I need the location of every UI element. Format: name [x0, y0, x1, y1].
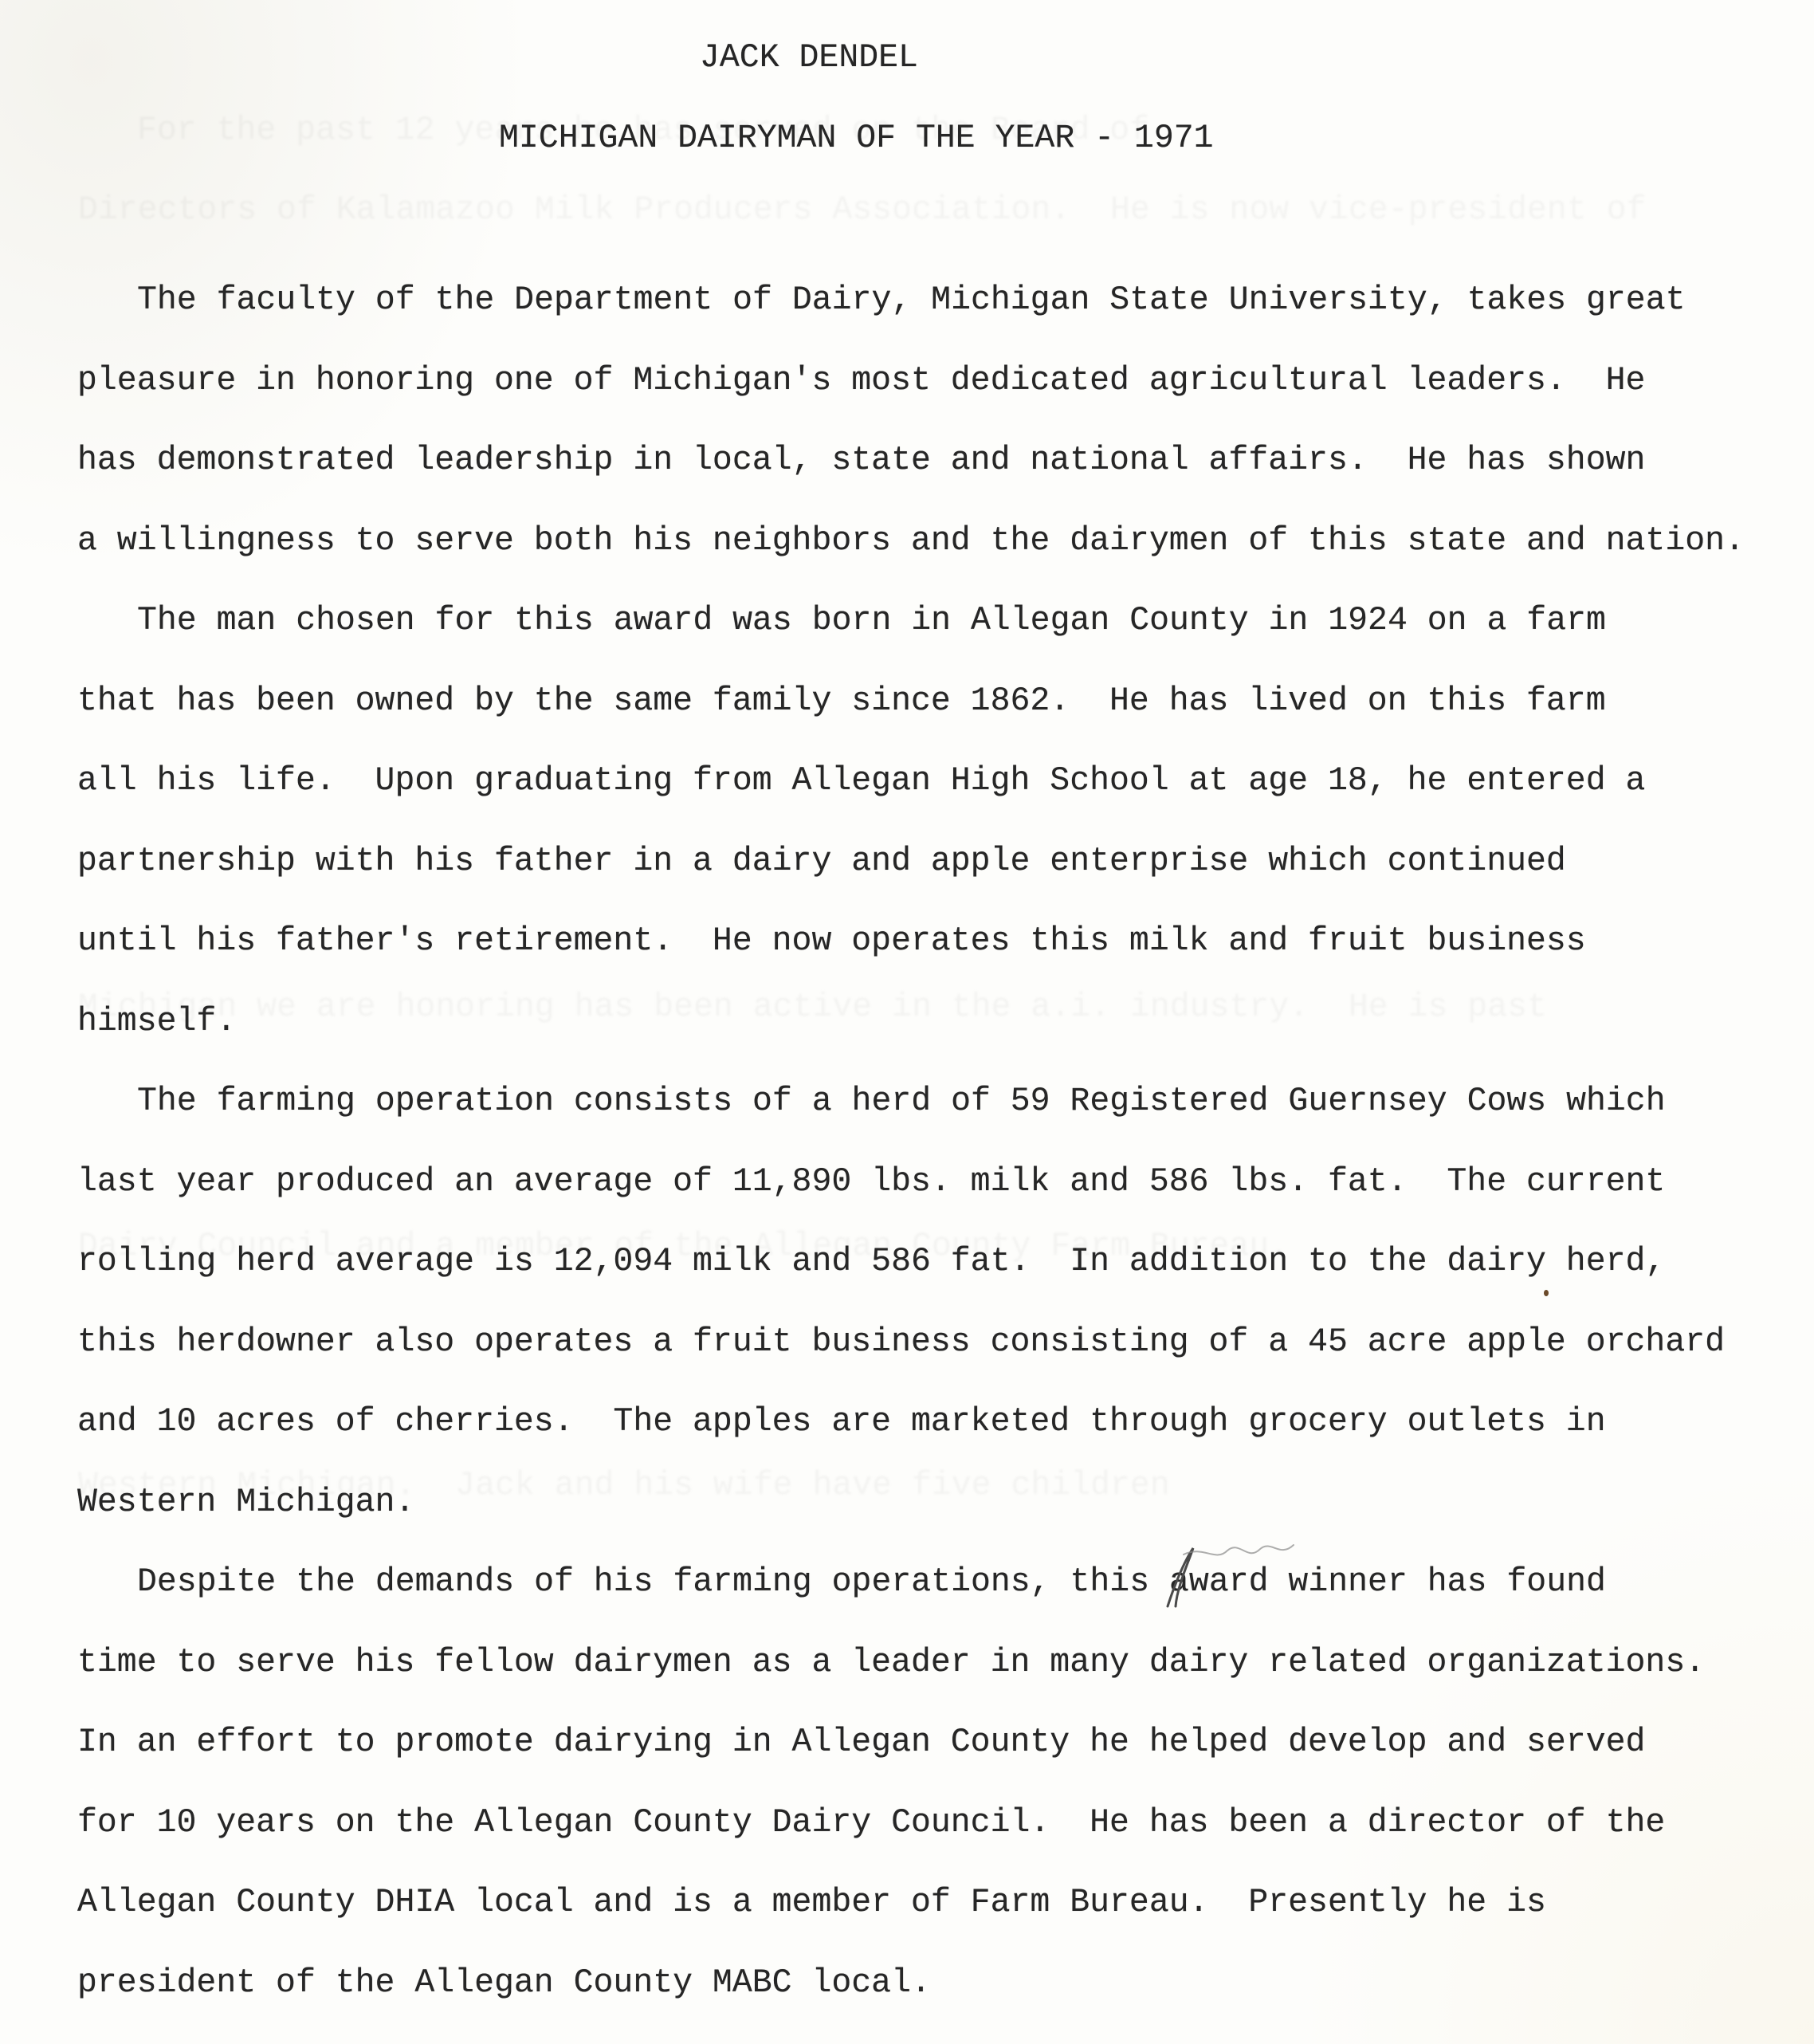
paper-speck: [1544, 1290, 1549, 1296]
paragraph-line: time to serve his fellow dairymen as a l…: [77, 1646, 1705, 1680]
paragraph-line: that has been owned by the same family s…: [77, 685, 1606, 718]
document-subtitle: MICHIGAN DAIRYMAN OF THE YEAR - 1971: [499, 122, 1214, 155]
paragraph-line: has demonstrated leadership in local, st…: [77, 444, 1645, 478]
document-title: JACK DENDEL: [700, 41, 918, 75]
paragraph-first-line: The faculty of the Department of Dairy, …: [137, 284, 1686, 317]
paragraph-first-line: The farming operation consists of a herd…: [137, 1085, 1666, 1118]
paragraph-line: Western Michigan.: [77, 1486, 414, 1519]
paragraph-line: president of the Allegan County MABC loc…: [77, 1967, 931, 2000]
paragraph-line: this herdowner also operates a fruit bus…: [77, 1326, 1725, 1359]
paragraph-line: rolling herd average is 12,094 milk and …: [77, 1245, 1665, 1279]
paragraph-line: In an effort to promote dairying in Alle…: [77, 1726, 1645, 1759]
paragraph-line: all his life. Upon graduating from Alleg…: [77, 765, 1645, 798]
paragraph-line: and 10 acres of cherries. The apples are…: [77, 1405, 1606, 1439]
paragraph-line: partnership with his father in a dairy a…: [77, 845, 1566, 879]
paragraph-line: pleasure in honoring one of Michigan's m…: [77, 364, 1645, 398]
document-page: For the past 12 years he has served on t…: [0, 0, 1814, 2044]
paragraph-first-line: Despite the demands of his farming opera…: [137, 1566, 1606, 1599]
paragraph-line: last year produced an average of 11,890 …: [77, 1165, 1665, 1199]
paragraph-line: until his father's retirement. He now op…: [77, 925, 1586, 958]
paragraph-line: himself.: [77, 1005, 236, 1039]
paragraph-line: for 10 years on the Allegan County Dairy…: [77, 1806, 1665, 1840]
paragraph-line: a willingness to serve both his neighbor…: [77, 525, 1745, 558]
paragraph-line: Allegan County DHIA local and is a membe…: [77, 1886, 1546, 1920]
paragraph-first-line: The man chosen for this award was born i…: [137, 604, 1606, 638]
